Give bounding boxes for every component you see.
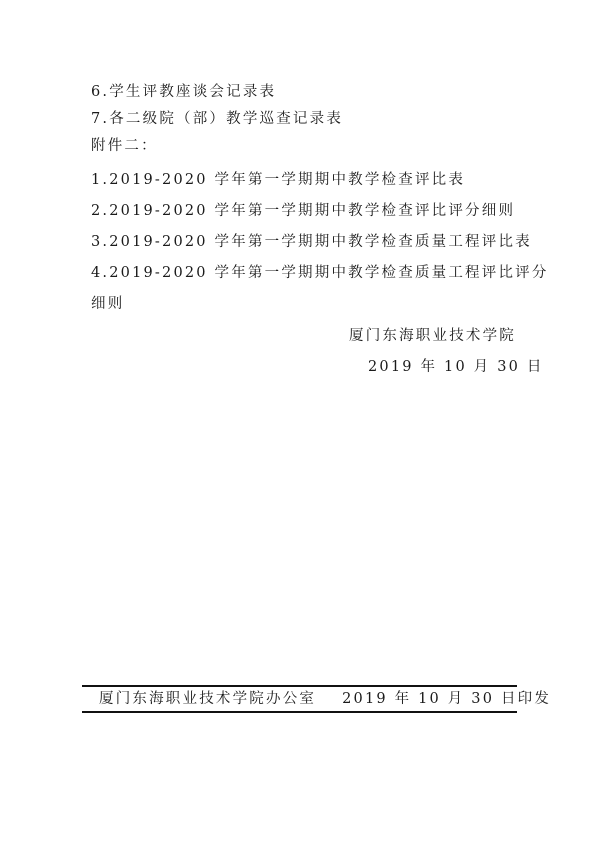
attachment-item-continuation: 细则 [91,295,124,313]
signature-date: 2019 年 10 月 30 日 [368,358,544,376]
footer-issue-date: 2019 年 10 月 30 日印发 [342,691,551,707]
attachment-item: 4.2019-2020 学年第一学期期中教学检查质量工程评比评分 [91,264,549,282]
attachment-heading: 附件二： [91,137,158,155]
footer-text: 厦门东海职业技术学院办公室2019 年 10 月 30 日印发 [99,690,551,708]
list-item: 7.各二级院（部）教学巡查记录表 [91,110,343,128]
attachment-item: 1.2019-2020 学年第一学期期中教学检查评比表 [91,171,465,189]
list-item: 6.学生评教座谈会记录表 [91,83,276,101]
issuance-footer: 厦门东海职业技术学院办公室2019 年 10 月 30 日印发 [82,685,517,713]
signature-organization: 厦门东海职业技术学院 [349,327,516,345]
attachment-item: 2.2019-2020 学年第一学期期中教学检查评比评分细则 [91,202,515,220]
attachment-item: 3.2019-2020 学年第一学期期中教学检查质量工程评比表 [91,233,532,251]
footer-issuer: 厦门东海职业技术学院办公室 [99,691,316,707]
